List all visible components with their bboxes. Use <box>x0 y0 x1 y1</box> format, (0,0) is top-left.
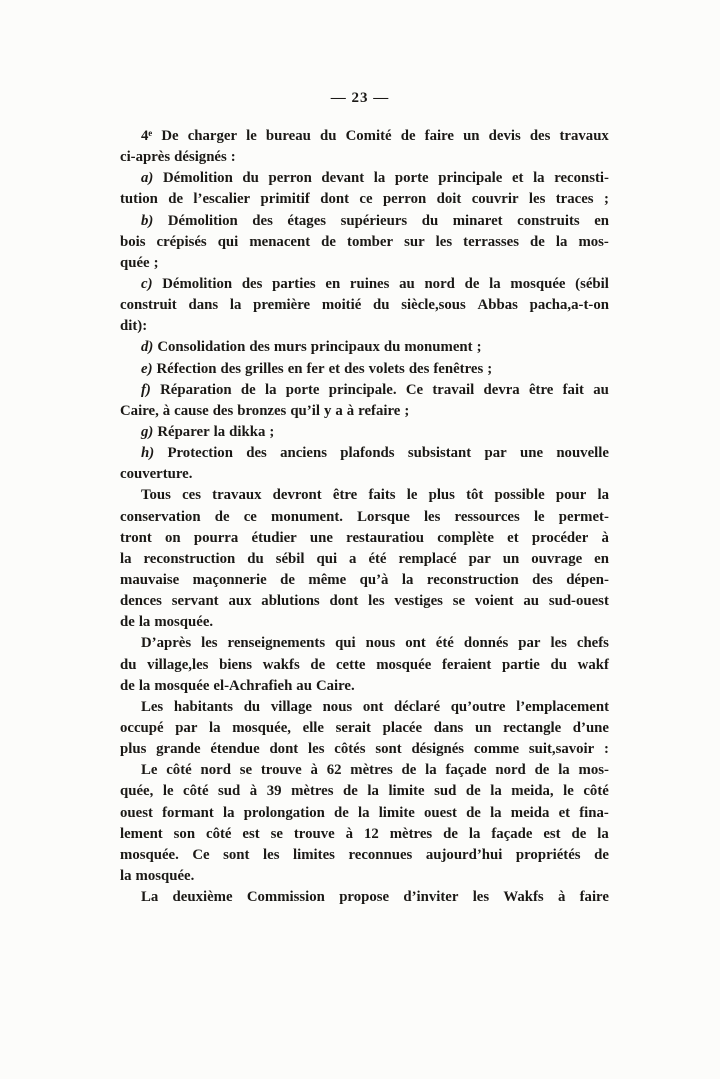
word: mètres <box>390 826 432 843</box>
word: et <box>512 170 524 187</box>
word: de <box>443 826 458 843</box>
word: et <box>507 530 519 547</box>
word: qui <box>218 234 239 251</box>
word: maçonnerie <box>193 572 267 589</box>
word: dikka <box>229 424 265 441</box>
word: on <box>165 530 181 547</box>
word: Abbas <box>478 297 518 314</box>
word: Lorsque <box>357 509 410 526</box>
word: construits <box>517 213 579 230</box>
word: : <box>231 149 236 166</box>
word: Caire. <box>316 678 355 695</box>
word: sont <box>375 741 401 758</box>
word: ce <box>359 191 372 208</box>
word: la <box>490 783 502 800</box>
word: elle <box>303 720 324 737</box>
word: une <box>310 530 333 547</box>
word: minaret <box>453 213 503 230</box>
word: de <box>535 762 550 779</box>
word: nord <box>201 762 231 779</box>
word: construit <box>120 297 177 314</box>
word: désignés <box>174 149 227 166</box>
word: en <box>288 361 303 378</box>
word: murs <box>274 339 307 356</box>
list-marker: c) <box>141 276 153 293</box>
word: limite <box>388 783 424 800</box>
word: placée <box>383 720 422 737</box>
text-line: plusgrandeétenduedontlescôtéssontdésigné… <box>120 741 609 762</box>
word: partie <box>502 657 540 674</box>
word: à <box>347 403 354 420</box>
word: travaux <box>212 487 261 504</box>
word: dans <box>434 720 464 737</box>
word: porte <box>395 170 429 187</box>
word: a <box>335 403 342 420</box>
word: les <box>550 635 566 652</box>
word: de <box>572 826 587 843</box>
word: mosquée <box>154 678 209 695</box>
word: servant <box>172 593 219 610</box>
word: sud <box>218 783 240 800</box>
word: lement <box>120 826 163 843</box>
page-number: — 23 — <box>0 90 720 107</box>
word: des <box>213 403 234 420</box>
word: au <box>523 593 539 610</box>
word: village <box>271 699 312 716</box>
word: principale. <box>329 382 397 399</box>
word: bureau <box>266 128 311 145</box>
word: ouest <box>120 805 153 822</box>
word: tomber <box>347 234 393 251</box>
word: sont <box>223 847 249 864</box>
word: étudier <box>252 530 297 547</box>
word: trouve <box>294 826 335 843</box>
word: occupé <box>120 720 164 737</box>
text-line: couverture. <box>120 466 609 487</box>
text-line: ouestformantlaprolongationdelalimiteoues… <box>120 805 609 826</box>
word: la <box>120 551 132 568</box>
list-marker: e) <box>141 361 153 378</box>
word: devis <box>489 128 521 145</box>
word: voient <box>475 593 514 610</box>
word: 4ᵉ <box>141 128 152 145</box>
word: la <box>214 424 226 441</box>
word: de <box>241 382 256 399</box>
word: pourra <box>194 530 238 547</box>
word: d’une <box>573 720 609 737</box>
word: de <box>334 805 349 822</box>
word: les <box>308 741 324 758</box>
word: tution <box>120 191 158 208</box>
word: plus <box>120 741 146 758</box>
word: supérieurs <box>341 213 408 230</box>
word: la <box>265 382 277 399</box>
word: wakf <box>578 657 609 674</box>
word: La <box>141 889 158 906</box>
word: nous <box>366 635 396 652</box>
word: étendue <box>210 741 259 758</box>
word: dit): <box>120 318 147 335</box>
word: serait <box>336 720 371 737</box>
word: mosquée. <box>120 847 179 864</box>
word: permet- <box>559 509 609 526</box>
word: limite <box>379 805 415 822</box>
word: travail <box>432 382 474 399</box>
word: dont <box>269 741 298 758</box>
word: Protection <box>167 445 232 462</box>
text-line: occupéparlamosquée,elleseraitplacéedansu… <box>120 720 609 741</box>
word: se <box>240 762 252 779</box>
word: prolongation <box>244 805 325 822</box>
word: sébil <box>276 551 305 568</box>
word: le <box>407 487 418 504</box>
word: du <box>422 213 438 230</box>
text-line: h)Protectiondesanciensplafondssubsistant… <box>120 445 609 466</box>
word: première <box>253 297 310 314</box>
word: une <box>520 445 543 462</box>
word: Le <box>141 762 157 779</box>
text-line: dencesservantauxablutionsdontlesvestiges… <box>120 593 609 614</box>
word: du <box>247 551 263 568</box>
text-line: quée; <box>120 255 609 276</box>
word: ; <box>487 361 492 378</box>
word: faire <box>580 889 609 906</box>
word: de <box>215 509 230 526</box>
word: mos- <box>579 762 609 779</box>
word: habitants <box>174 699 233 716</box>
word: el-Achrafieh <box>213 678 292 695</box>
word: des <box>532 572 553 589</box>
word: du <box>244 699 260 716</box>
word: les <box>368 593 384 610</box>
word: doit <box>437 191 462 208</box>
text-line: lareconstructiondusébilquiaétéremplacépa… <box>120 551 609 572</box>
word: en <box>594 213 609 230</box>
word: être <box>333 487 357 504</box>
word: l’escalier <box>193 191 250 208</box>
word: anciens <box>280 445 327 462</box>
word: de <box>401 128 416 145</box>
word: nous <box>323 699 353 716</box>
page: — 23 — 4ᵉDechargerlebureauduComitédefair… <box>0 0 720 1079</box>
word: les <box>436 234 452 251</box>
word: fait <box>563 382 584 399</box>
word: des <box>249 339 270 356</box>
word: propose <box>339 889 389 906</box>
word: grande <box>156 741 200 758</box>
word: côté <box>166 762 191 779</box>
word: à <box>250 783 257 800</box>
word: ; <box>404 403 409 420</box>
text-line: d)Consolidationdesmursprincipauxdumonume… <box>120 339 609 360</box>
word: mètres <box>350 762 392 779</box>
word: ; <box>269 424 274 441</box>
word: de <box>530 234 545 251</box>
word: à <box>558 889 565 906</box>
word: qu’outre <box>451 699 506 716</box>
word: monument. <box>271 509 343 526</box>
word: ont <box>405 635 426 652</box>
word: ; <box>604 191 609 208</box>
word: les <box>473 889 489 906</box>
word: cette <box>336 657 366 674</box>
list-marker: a) <box>141 170 153 187</box>
word: Réparer <box>157 424 209 441</box>
word: en <box>594 551 609 568</box>
word: remplacé <box>399 551 457 568</box>
word: aux <box>228 593 251 610</box>
word: : <box>604 741 609 758</box>
word: la <box>230 297 242 314</box>
word: possible <box>495 487 545 504</box>
word: de <box>120 614 135 631</box>
word: reconsti- <box>554 170 609 187</box>
word: travaux <box>560 128 609 145</box>
word: la <box>139 614 151 631</box>
word: ; <box>154 255 159 272</box>
word: des <box>409 361 430 378</box>
word: Réfection <box>157 361 217 378</box>
word: déclaré <box>394 699 440 716</box>
word: qui <box>316 551 337 568</box>
word: principale <box>438 170 502 187</box>
word: la <box>490 805 502 822</box>
text-line: delamosquée. <box>120 614 609 635</box>
text-block: 4ᵉDechargerlebureauduComitédefaireundevi… <box>120 128 609 910</box>
word: meida, <box>511 783 553 800</box>
word: wakfs <box>263 657 300 674</box>
list-marker: d) <box>141 339 153 356</box>
word: fenêtres <box>433 361 483 378</box>
word: ont <box>363 699 384 716</box>
word: un <box>475 720 491 737</box>
word: crépisés <box>157 234 207 251</box>
word: ouvrage <box>531 551 582 568</box>
word: formant <box>162 805 214 822</box>
word: l’emplacement <box>516 699 609 716</box>
word: principaux <box>311 339 380 356</box>
word: feraient <box>442 657 491 674</box>
word: à <box>346 826 353 843</box>
word: la <box>367 783 379 800</box>
word: Commission <box>247 889 325 906</box>
word: nord <box>495 762 525 779</box>
word: est <box>543 826 560 843</box>
word: de <box>321 234 336 251</box>
text-line: mosquée.Cesontleslimitesreconnuesaujourd… <box>120 847 609 868</box>
word: fina- <box>579 805 609 822</box>
list-marker: b) <box>141 213 153 230</box>
word: au <box>296 678 312 695</box>
word: la <box>556 234 568 251</box>
word: la <box>558 762 570 779</box>
word: monument <box>404 339 472 356</box>
word: des <box>246 445 267 462</box>
word: couverture. <box>120 466 192 483</box>
word: Wakfs <box>503 889 543 906</box>
word: chefs <box>577 635 609 652</box>
word: de <box>466 783 481 800</box>
word: qu’à <box>360 572 389 589</box>
word: son <box>174 826 195 843</box>
word: de <box>466 805 481 822</box>
word: devra <box>484 382 520 399</box>
word: par <box>175 720 197 737</box>
word: reconnues <box>348 847 412 864</box>
word: de <box>465 276 480 293</box>
word: de <box>168 191 183 208</box>
text-line: ci-aprèsdésignés: <box>120 149 609 170</box>
word: du <box>120 657 136 674</box>
word: refaire <box>358 403 400 420</box>
word: de <box>402 762 417 779</box>
text-line: g)Réparerladikka; <box>120 424 609 445</box>
word: nord <box>424 276 454 293</box>
word: sud-ouest <box>549 593 609 610</box>
word: se <box>453 593 465 610</box>
word: renseignements <box>228 635 326 652</box>
word: au <box>399 276 415 293</box>
word: D’après <box>141 635 191 652</box>
word: la <box>374 170 386 187</box>
word: perron <box>383 191 426 208</box>
word: Démolition <box>168 213 238 230</box>
list-marker: f) <box>141 382 151 399</box>
word: au <box>593 382 609 399</box>
word: parties <box>272 276 316 293</box>
word: Ce <box>192 847 209 864</box>
word: côté <box>206 826 231 843</box>
list-marker: h) <box>141 445 154 462</box>
word: grilles <box>245 361 284 378</box>
word: reconstruction <box>427 572 519 589</box>
word: des <box>344 361 365 378</box>
word: terrasses <box>463 234 519 251</box>
word: sur <box>404 234 425 251</box>
word: bois <box>120 234 146 251</box>
text-line: construitdanslapremièremoitiédusiècle,so… <box>120 297 609 318</box>
word: 12 <box>364 826 379 843</box>
word: perron <box>269 170 312 187</box>
word: la <box>425 762 437 779</box>
word: meida <box>511 805 550 822</box>
word: 39 <box>267 783 282 800</box>
word: ce <box>244 509 257 526</box>
word: la <box>139 678 151 695</box>
word: étages <box>287 213 326 230</box>
word: les <box>201 635 217 652</box>
word: la <box>402 572 414 589</box>
word: de <box>310 657 325 674</box>
word: par <box>469 551 491 568</box>
word: du <box>384 339 400 356</box>
word: subsistant <box>408 445 471 462</box>
word: ; <box>477 339 482 356</box>
word: à <box>310 762 317 779</box>
word: quée <box>120 255 150 272</box>
word: moitié <box>322 297 361 314</box>
word: propriétés <box>516 847 581 864</box>
word: Caire, <box>120 403 159 420</box>
word: mosquée <box>510 276 565 293</box>
word: Comité <box>346 128 392 145</box>
word: porte <box>286 382 320 399</box>
word: sud <box>434 783 456 800</box>
text-line: quée,lecôtésudà39mètresdelalimitesuddela… <box>120 783 609 804</box>
word: le <box>163 783 174 800</box>
word: être <box>529 382 553 399</box>
word: complète <box>437 530 494 547</box>
word: ablutions <box>261 593 319 610</box>
text-line: duvillage,lesbienswakfsdecettemosquéefer… <box>120 657 609 678</box>
word: village,les <box>147 657 208 674</box>
word: des <box>242 276 263 293</box>
text-line: tutiondel’escalierprimitifdontceperrondo… <box>120 191 609 212</box>
word: ressources <box>455 509 520 526</box>
word: siècle,sous <box>401 297 466 314</box>
word: le <box>534 509 545 526</box>
word: plafonds <box>340 445 394 462</box>
word: 62 <box>327 762 342 779</box>
word: par <box>518 635 540 652</box>
word: côtés <box>334 741 365 758</box>
text-line: boiscrépisésquimenacentdetombersurlester… <box>120 234 609 255</box>
list-marker: g) <box>141 424 153 441</box>
word: des <box>220 361 241 378</box>
word: primitif <box>261 191 310 208</box>
text-line: f)Réparationdelaporteprincipale.Cetravai… <box>120 382 609 403</box>
text-line: lementsoncôtéestsetrouveà12mètresdelafaç… <box>120 826 609 847</box>
word: la <box>597 826 609 843</box>
word: la <box>358 805 370 822</box>
word: la <box>489 276 501 293</box>
word: été <box>368 551 386 568</box>
word: été <box>436 635 454 652</box>
word: du <box>242 170 258 187</box>
text-line: lamosquée. <box>120 868 609 889</box>
word: reconstruction <box>144 551 236 568</box>
word: de <box>594 847 609 864</box>
word: a <box>349 551 356 568</box>
word: la <box>469 826 481 843</box>
text-line: b)Démolitiondesétagessupérieursduminaret… <box>120 213 609 234</box>
word: pour <box>556 487 586 504</box>
word: qui <box>335 635 356 652</box>
word: des <box>530 128 551 145</box>
word: dont <box>320 191 349 208</box>
word: rectangle <box>503 720 561 737</box>
word: qu’il <box>290 403 320 420</box>
text-line: e)Réfectiondesgrillesenferetdesvoletsdes… <box>120 361 609 382</box>
text-line: Leshabitantsduvillagenousontdéclaréqu’ou… <box>120 699 609 720</box>
word: nouvelle <box>556 445 609 462</box>
word: mauvaise <box>120 572 179 589</box>
word: de <box>280 572 295 589</box>
word: trouve <box>261 762 302 779</box>
word: plus <box>429 487 455 504</box>
word: les <box>424 509 440 526</box>
word: restauratiou <box>346 530 424 547</box>
text-line: D’aprèslesrenseignementsquinousontétédon… <box>120 635 609 656</box>
word: façade <box>445 762 486 779</box>
word: faire <box>425 128 454 145</box>
word: en <box>325 276 340 293</box>
word: se <box>271 826 283 843</box>
word: et <box>329 361 341 378</box>
word: (sébil <box>575 276 609 293</box>
word: tront <box>120 530 152 547</box>
text-line: c)Démolitiondespartiesenruinesaunorddela… <box>120 276 609 297</box>
